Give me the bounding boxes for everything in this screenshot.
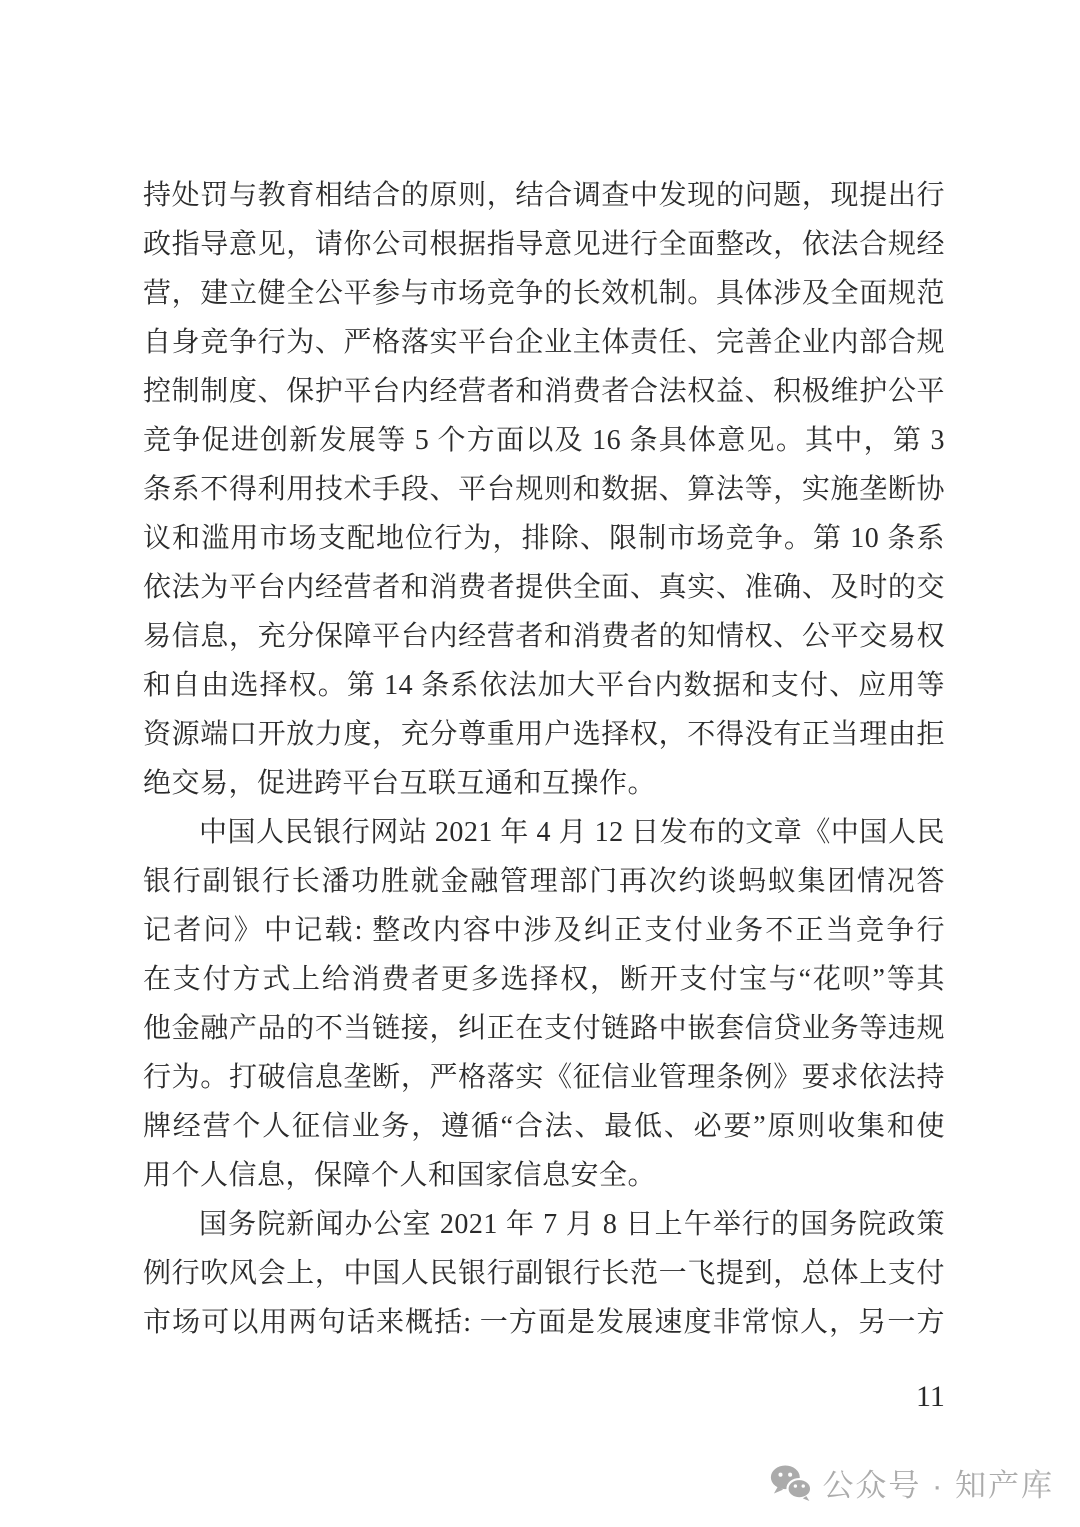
text-line: 银行副银行长潘功胜就金融管理部门再次约谈蚂蚁集团情况答 [143, 857, 945, 906]
text-line: 自身竞争行为、严格落实平台企业主体责任、完善企业内部合规 [143, 318, 945, 367]
text-line: 易信息，充分保障平台内经营者和消费者的知情权、公平交易权 [143, 612, 945, 661]
text-line: 在支付方式上给消费者更多选择权，断开支付宝与“花呗”等其 [143, 955, 945, 1004]
text-line: 控制制度、保护平台内经营者和消费者合法权益、积极维护公平 [143, 367, 945, 416]
text-line: 议和滥用市场支配地位行为，排除、限制市场竞争。第 10 条系 [143, 514, 945, 563]
footer-label: 公众号 · 知产库 [822, 1460, 1054, 1505]
text-line: 市场可以用两句话来概括: 一方面是发展速度非常惊人，另一方 [143, 1298, 945, 1347]
page-number: 11 [916, 1380, 945, 1414]
text-line: 例行吹风会上，中国人民银行副银行长范一飞提到，总体上支付 [143, 1249, 945, 1298]
text-line: 国务院新闻办公室 2021 年 7 月 8 日上午举行的国务院政策 [143, 1200, 945, 1249]
text-line: 竞争促进创新发展等 5 个方面以及 16 条具体意见。其中，第 3 [143, 416, 945, 465]
text-line: 资源端口开放力度，充分尊重用户选择权，不得没有正当理由拒 [143, 710, 945, 759]
text-line: 营，建立健全公平参与市场竞争的长效机制。具体涉及全面规范 [143, 269, 945, 318]
document-page: 持处罚与教育相结合的原则，结合调查中发现的问题，现提出行政指导意见，请你公司根据… [0, 0, 1080, 1527]
text-line: 政指导意见，请你公司根据指导意见进行全面整改，依法合规经 [143, 220, 945, 269]
text-line: 条系不得利用技术手段、平台规则和数据、算法等，实施垄断协 [143, 465, 945, 514]
footer-watermark: 公众号 · 知产库 [770, 1460, 1054, 1505]
text-line: 行为。打破信息垄断，严格落实《征信业管理条例》要求依法持 [143, 1053, 945, 1102]
text-line: 依法为平台内经营者和消费者提供全面、真实、准确、及时的交 [143, 563, 945, 612]
document-body: 持处罚与教育相结合的原则，结合调查中发现的问题，现提出行政指导意见，请你公司根据… [143, 171, 945, 1347]
text-line: 用个人信息，保障个人和国家信息安全。 [143, 1151, 945, 1200]
wechat-icon [770, 1464, 812, 1502]
text-line: 他金融产品的不当链接，纠正在支付链路中嵌套信贷业务等违规 [143, 1004, 945, 1053]
text-line: 中国人民银行网站 2021 年 4 月 12 日发布的文章《中国人民 [143, 808, 945, 857]
text-line: 和自由选择权。第 14 条系依法加大平台内数据和支付、应用等 [143, 661, 945, 710]
text-line: 牌经营个人征信业务，遵循“合法、最低、必要”原则收集和使 [143, 1102, 945, 1151]
text-line: 持处罚与教育相结合的原则，结合调查中发现的问题，现提出行 [143, 171, 945, 220]
text-line: 绝交易，促进跨平台互联互通和互操作。 [143, 759, 945, 808]
text-line: 记者问》中记载: 整改内容中涉及纠正支付业务不正当竞争行为， [143, 906, 945, 955]
